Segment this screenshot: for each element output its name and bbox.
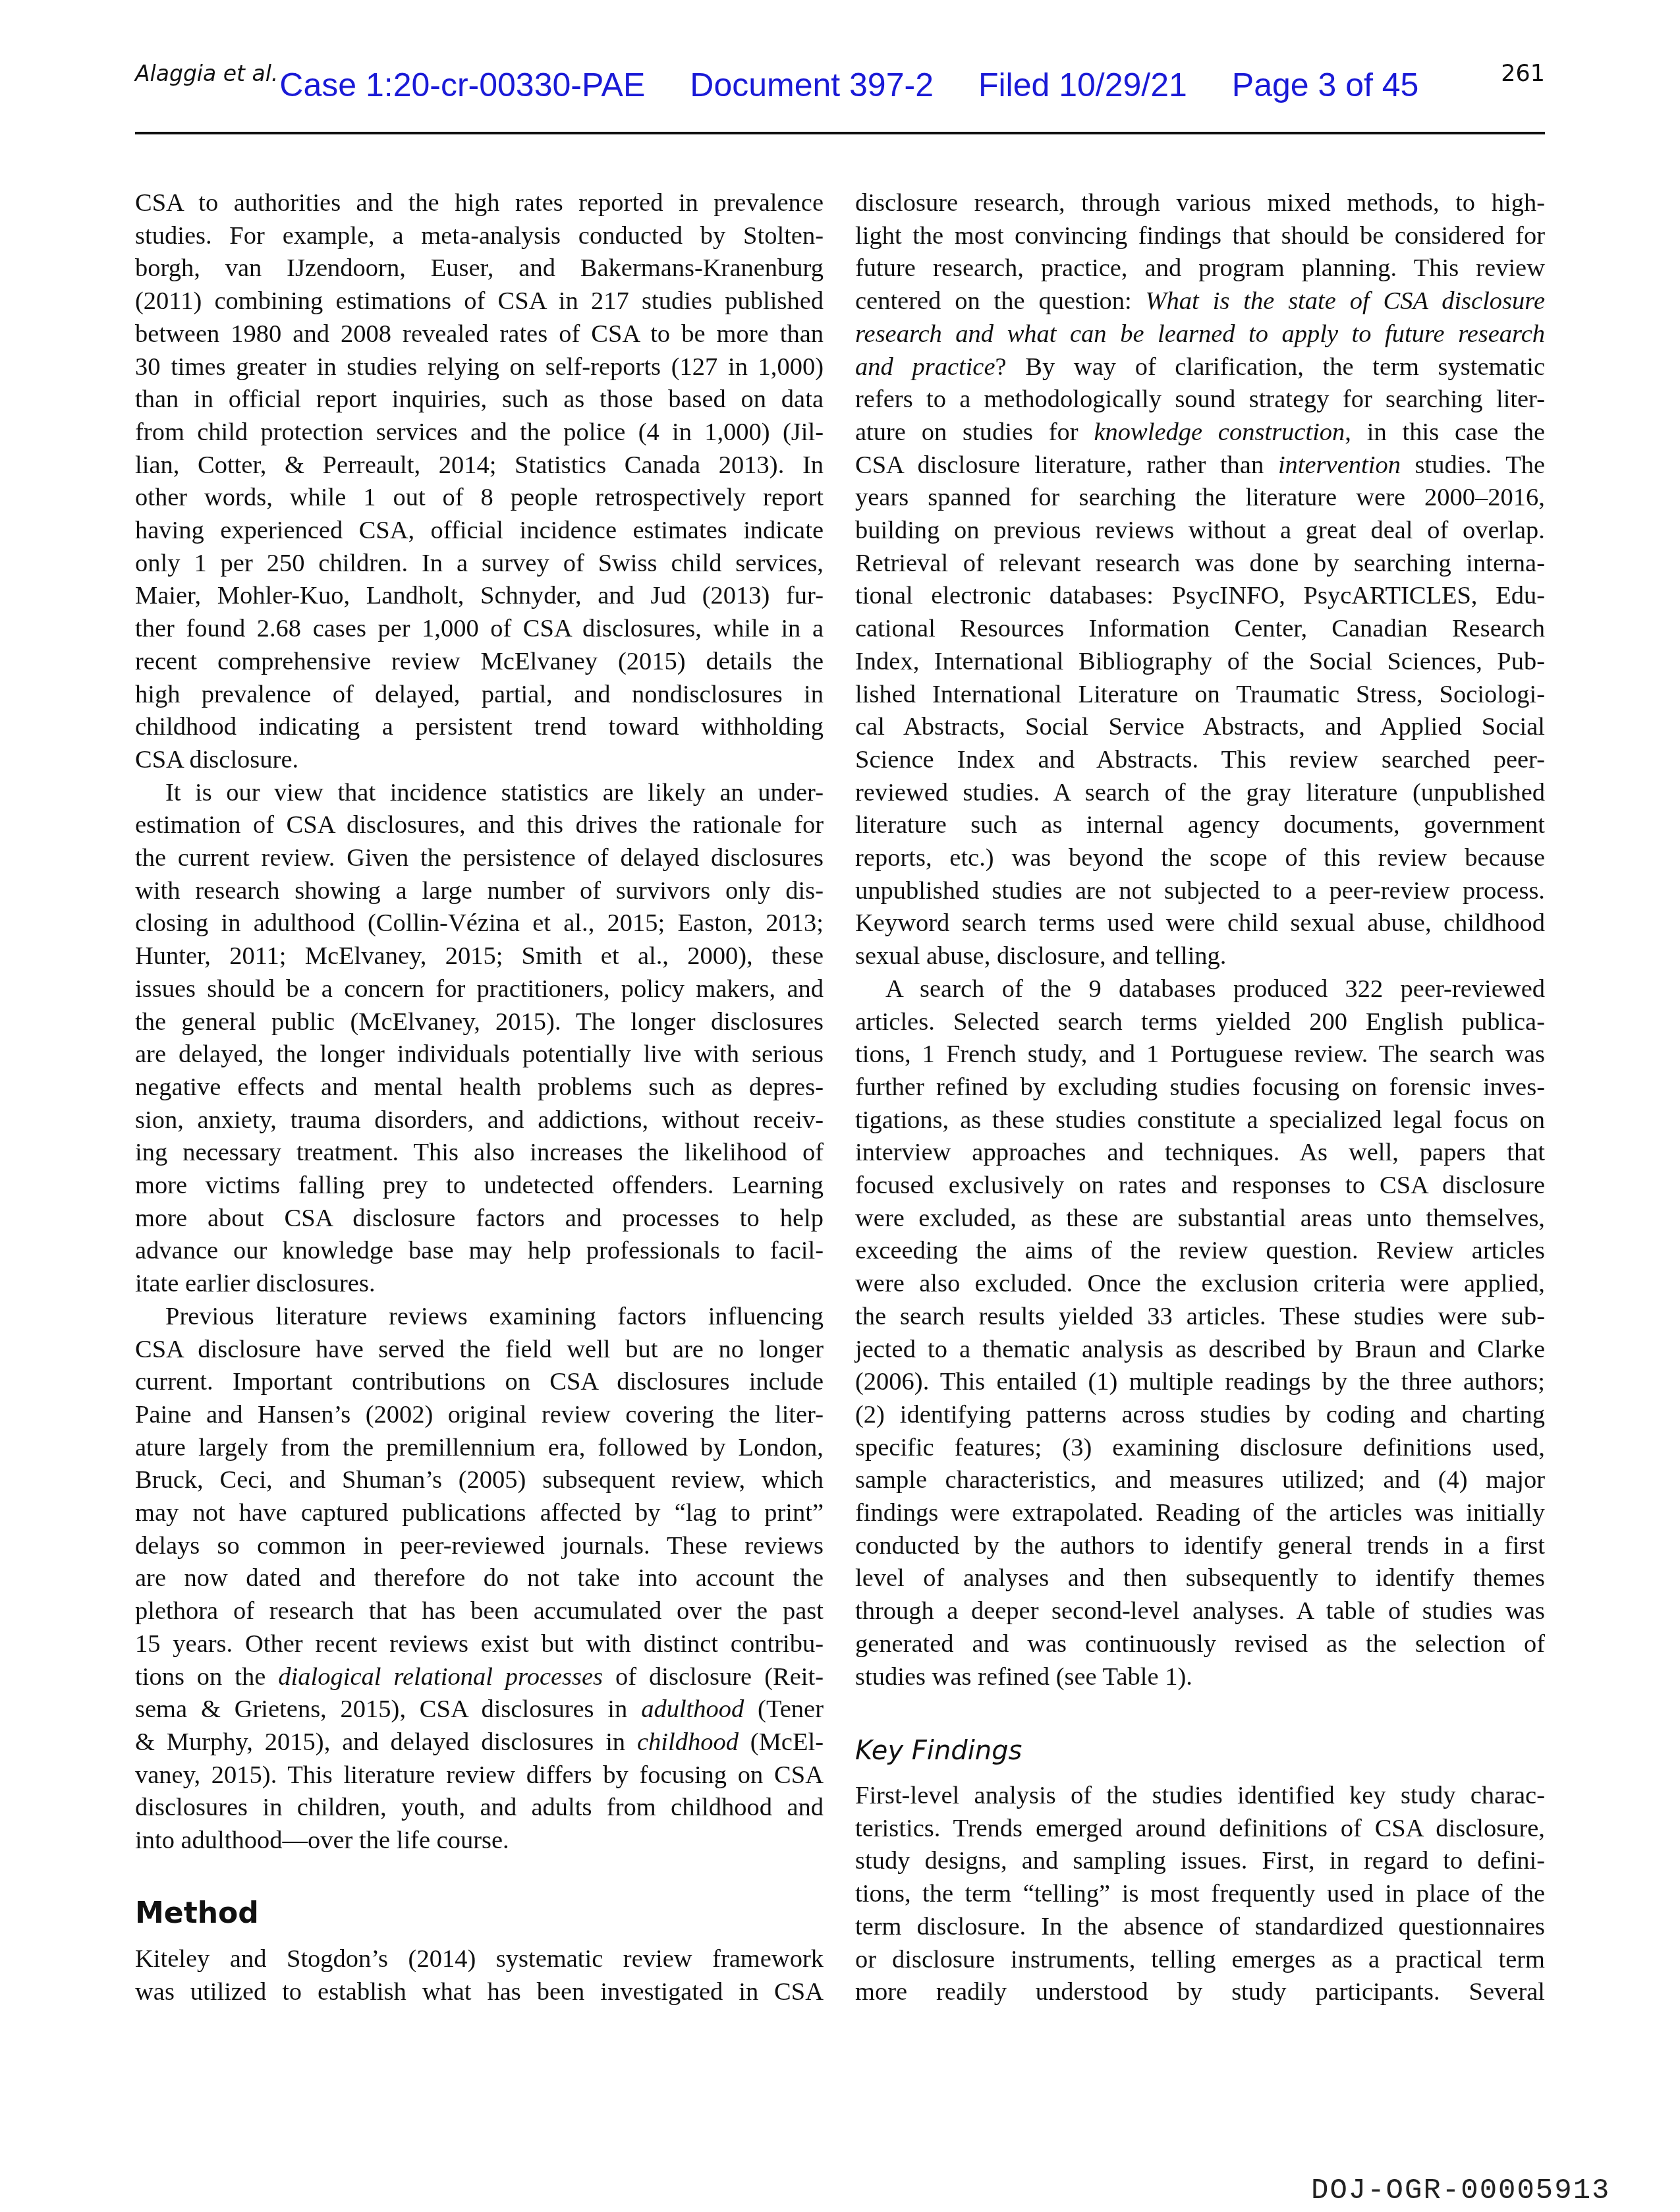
line-text: more readily understood by study partici… (855, 1978, 1545, 2006)
text-line: CSA disclosure literature, rather than i… (855, 449, 1545, 482)
line-text: 15 years. Other recent reviews exist but… (135, 1630, 824, 1658)
line-text: tions on the (135, 1663, 278, 1691)
line-text: were excluded, as these are substantial … (855, 1205, 1545, 1232)
line-text: jected to a thematic analysis as describ… (855, 1336, 1545, 1363)
text-line: Keyword search terms used were child sex… (855, 907, 1545, 940)
line-text: sion, anxiety, trauma disorders, and add… (135, 1106, 824, 1134)
text-line: tions on the dialogical relational proce… (135, 1660, 824, 1693)
line-text: tions, 1 French study, and 1 Portuguese … (855, 1040, 1545, 1068)
line-text: reviewed studies. A search of the gray l… (855, 779, 1545, 807)
text-line: ing necessary treatment. This also incre… (135, 1136, 824, 1169)
text-line: exceeding the aims of the review questio… (855, 1234, 1545, 1267)
text-line: Index, International Bibliography of the… (855, 645, 1545, 678)
line-text: issues should be a concern for practitio… (135, 975, 824, 1003)
text-line: future research, practice, and program p… (855, 252, 1545, 285)
italic-text: intervention (1278, 451, 1401, 479)
text-line: 15 years. Other recent reviews exist but… (135, 1628, 824, 1660)
text-line: light the most convincing findings that … (855, 219, 1545, 252)
line-text: current. Important contributions on CSA … (135, 1368, 824, 1396)
text-line: studies. For example, a meta-analysis co… (135, 219, 824, 252)
text-line: the current review. Given the persistenc… (135, 841, 824, 874)
text-line: were also excluded. Once the exclusion c… (855, 1267, 1545, 1300)
text-line: CSA disclosure have served the field wel… (135, 1333, 824, 1366)
line-text: (2006). This entailed (1) multiple readi… (855, 1368, 1545, 1396)
text-line: delays so common in peer-reviewed journa… (135, 1529, 824, 1562)
line-text: centered on the question: (855, 287, 1146, 315)
line-text: borgh, van IJzendoorn, Euser, and Bakerm… (135, 254, 824, 282)
text-line: are now dated and therefore do not take … (135, 1562, 824, 1595)
text-line: more about CSA disclosure factors and pr… (135, 1202, 824, 1235)
line-text: recent comprehensive review McElvaney (2… (135, 648, 824, 675)
text-line: A search of the 9 databases produced 322… (855, 973, 1545, 1006)
text-line: centered on the question: What is the st… (855, 285, 1545, 318)
line-text: (McEl- (739, 1728, 824, 1756)
running-header-page-number: 261 (1501, 61, 1545, 87)
text-line: borgh, van IJzendoorn, Euser, and Bakerm… (135, 252, 824, 285)
text-line: findings were extrapolated. Reading of t… (855, 1496, 1545, 1529)
text-line: unpublished studies are not subjected to… (855, 874, 1545, 907)
line-text: tions, the term “telling” is most freque… (855, 1880, 1545, 1908)
text-line: sema & Grietens, 2015), CSA disclosures … (135, 1693, 824, 1726)
text-line: ature largely from the premillennium era… (135, 1431, 824, 1464)
line-text: from child protection services and the p… (135, 418, 824, 446)
text-line: tions, the term “telling” is most freque… (855, 1877, 1545, 1910)
line-text: with research showing a large number of … (135, 877, 824, 905)
text-line: through a deeper second-level analyses. … (855, 1595, 1545, 1628)
line-text: Bruck, Ceci, and Shuman’s (2005) subsequ… (135, 1466, 824, 1494)
line-text: Hunter, 2011; McElvaney, 2015; Smith et … (135, 942, 824, 970)
line-text: CSA disclosure literature, rather than (855, 451, 1278, 479)
text-line: focused exclusively on rates and respons… (855, 1169, 1545, 1202)
line-text: CSA disclosure have served the field wel… (135, 1336, 824, 1363)
text-line: Previous literature reviews examining fa… (135, 1300, 824, 1333)
text-line: cal Abstracts, Social Service Abstracts,… (855, 710, 1545, 743)
text-line: Bruck, Ceci, and Shuman’s (2005) subsequ… (135, 1463, 824, 1496)
text-line: teristics. Trends emerged around definit… (855, 1812, 1545, 1845)
line-text: It is our view that incidence statistics… (165, 779, 824, 807)
line-text: articles. Selected search terms yielded … (855, 1008, 1545, 1036)
line-text: findings were extrapolated. Reading of t… (855, 1499, 1545, 1527)
line-text: of disclosure (Reit- (603, 1663, 824, 1691)
text-line: Paine and Hansen’s (2002) original revie… (135, 1398, 824, 1431)
text-line: It is our view that incidence statistics… (135, 776, 824, 809)
text-line: (2011) combining estimations of CSA in 2… (135, 285, 824, 318)
text-line: tions, 1 French study, and 1 Portuguese … (855, 1038, 1545, 1071)
text-line: 30 times greater in studies relying on s… (135, 351, 824, 383)
text-line: advance our knowledge base may help prof… (135, 1234, 824, 1267)
text-line: are delayed, the longer individuals pote… (135, 1038, 824, 1071)
text-line: (2) identifying patterns across studies … (855, 1398, 1545, 1431)
line-text: term disclosure. In the absence of stand… (855, 1913, 1545, 1941)
line-text: advance our knowledge base may help prof… (135, 1237, 824, 1264)
text-line: between 1980 and 2008 revealed rates of … (135, 318, 824, 351)
text-line: building on previous reviews without a g… (855, 514, 1545, 547)
italic-text: research and what can be learned to appl… (855, 320, 1545, 348)
line-text: years spanned for searching the literatu… (855, 484, 1545, 511)
text-line: plethora of research that has been accum… (135, 1595, 824, 1628)
line-text: Retrieval of relevant research was done … (855, 550, 1545, 577)
text-line: childhood indicating a persistent trend … (135, 710, 824, 743)
text-line: negative effects and mental health probl… (135, 1071, 824, 1104)
line-text: & Murphy, 2015), and delayed disclosures… (135, 1728, 637, 1756)
text-line: studies was refined (see Table 1). (855, 1660, 1545, 1693)
line-text: A search of the 9 databases produced 322… (885, 975, 1545, 1003)
text-line: further refined by excluding studies foc… (855, 1071, 1545, 1104)
line-text: sema & Grietens, 2015), CSA disclosures … (135, 1695, 641, 1723)
line-text: having experienced CSA, official inciden… (135, 517, 824, 544)
text-line: articles. Selected search terms yielded … (855, 1006, 1545, 1038)
line-text: are delayed, the longer individuals pote… (135, 1040, 824, 1068)
text-line: sexual abuse, disclosure, and telling. (855, 940, 1545, 973)
text-line: specific features; (3) examining disclos… (855, 1431, 1545, 1464)
line-text: ature on studies for (855, 418, 1094, 446)
text-line: disclosure research, through various mix… (855, 186, 1545, 219)
line-text: tigations, as these studies constitute a… (855, 1106, 1545, 1134)
line-text: Paine and Hansen’s (2002) original revie… (135, 1401, 824, 1429)
line-text: disclosure research, through various mix… (855, 189, 1545, 217)
text-line: study designs, and sampling issues. Firs… (855, 1844, 1545, 1877)
line-text: or disclosure instruments, telling emerg… (855, 1946, 1545, 1973)
text-line: more readily understood by study partici… (855, 1975, 1545, 2008)
text-line: jected to a thematic analysis as describ… (855, 1333, 1545, 1366)
line-text: were also excluded. Once the exclusion c… (855, 1270, 1545, 1297)
line-text: ? By way of clarification, the term syst… (995, 353, 1545, 381)
text-line: vaney, 2015). This literature review dif… (135, 1759, 824, 1792)
line-text: cal Abstracts, Social Service Abstracts,… (855, 713, 1545, 741)
text-line: sample characteristics, and measures uti… (855, 1463, 1545, 1496)
line-text: between 1980 and 2008 revealed rates of … (135, 320, 824, 348)
text-line: conducted by the authors to identify gen… (855, 1529, 1545, 1562)
text-line: tional electronic databases: PsycINFO, P… (855, 579, 1545, 612)
text-line: literature such as internal agency docum… (855, 808, 1545, 841)
line-text: , in this case the (1345, 418, 1545, 446)
line-text: interview approaches and techniques. As … (855, 1139, 1545, 1166)
text-line: CSA to authorities and the high rates re… (135, 186, 824, 219)
line-text: than in official report inquiries, such … (135, 385, 824, 413)
text-line: disclosures in children, youth, and adul… (135, 1791, 824, 1824)
text-line: Science Index and Abstracts. This review… (855, 743, 1545, 776)
text-line: term disclosure. In the absence of stand… (855, 1910, 1545, 1943)
text-line: with research showing a large number of … (135, 874, 824, 907)
line-text: studies. The (1401, 451, 1545, 479)
line-text: only 1 per 250 children. In a survey of … (135, 550, 824, 577)
text-line: into adulthood—over the life course. (135, 1824, 824, 1857)
text-line: estimation of CSA disclosures, and this … (135, 808, 824, 841)
line-text: CSA to authorities and the high rates re… (135, 189, 824, 217)
line-text: teristics. Trends emerged around definit… (855, 1815, 1545, 1842)
line-text: reports, etc.) was beyond the scope of t… (855, 844, 1545, 872)
line-text: refers to a methodologically sound strat… (855, 385, 1545, 413)
line-text: more about CSA disclosure factors and pr… (135, 1205, 824, 1232)
line-text: studies was refined (see Table 1). (855, 1663, 1192, 1691)
italic-text: What is the state of CSA disclosure (1146, 287, 1545, 315)
line-text: building on previous reviews without a g… (855, 517, 1545, 544)
text-line: was utilized to establish what has been … (135, 1975, 824, 2008)
line-text: generated and was continuously revised a… (855, 1630, 1545, 1658)
text-line: cational Resources Information Center, C… (855, 612, 1545, 645)
text-line: ther found 2.68 cases per 1,000 of CSA d… (135, 612, 824, 645)
text-line: generated and was continuously revised a… (855, 1628, 1545, 1660)
text-line: closing in adulthood (Collin-Vézina et a… (135, 907, 824, 940)
line-text: Index, International Bibliography of the… (855, 648, 1545, 675)
text-line: tigations, as these studies constitute a… (855, 1104, 1545, 1137)
line-text: sample characteristics, and measures uti… (855, 1466, 1545, 1494)
line-text: ing necessary treatment. This also incre… (135, 1139, 824, 1166)
line-text: cational Resources Information Center, C… (855, 615, 1545, 642)
line-text: was utilized to establish what has been … (135, 1978, 824, 2006)
running-header-author: Alaggia et al. (135, 61, 278, 86)
text-line: the search results yielded 33 articles. … (855, 1300, 1545, 1333)
line-text: ther found 2.68 cases per 1,000 of CSA d… (135, 615, 824, 642)
line-text: future research, practice, and program p… (855, 254, 1545, 282)
running-header: Alaggia et al. 261 (135, 61, 1545, 100)
italic-text: knowledge construction (1094, 418, 1345, 446)
line-text: (2) identifying patterns across studies … (855, 1401, 1545, 1429)
line-text: estimation of CSA disclosures, and this … (135, 811, 824, 839)
text-line: than in official report inquiries, such … (135, 383, 824, 416)
line-text: vaney, 2015). This literature review dif… (135, 1761, 824, 1789)
text-line: the general public (McElvaney, 2015). Th… (135, 1006, 824, 1038)
text-line: research and what can be learned to appl… (855, 318, 1545, 351)
line-text: the current review. Given the persistenc… (135, 844, 824, 872)
line-text: through a deeper second-level analyses. … (855, 1597, 1545, 1625)
line-text: CSA disclosure. (135, 746, 298, 774)
text-line: interview approaches and techniques. As … (855, 1136, 1545, 1169)
bates-number: DOJ-OGR-00005913 (1311, 2174, 1610, 2207)
line-text: itate earlier disclosures. (135, 1270, 376, 1297)
line-text: First-level analysis of the studies iden… (855, 1782, 1545, 1809)
text-line: high prevalence of delayed, partial, and… (135, 678, 824, 711)
line-text: Science Index and Abstracts. This review… (855, 746, 1545, 774)
text-line: and practice? By way of clarification, t… (855, 351, 1545, 383)
text-line: current. Important contributions on CSA … (135, 1365, 824, 1398)
line-text: closing in adulthood (Collin-Vézina et a… (135, 909, 824, 937)
line-text: plethora of research that has been accum… (135, 1597, 824, 1625)
line-text: literature such as internal agency docum… (855, 811, 1545, 839)
text-line: years spanned for searching the literatu… (855, 481, 1545, 514)
text-line: level of analyses and then subsequently … (855, 1562, 1545, 1595)
line-text: high prevalence of delayed, partial, and… (135, 681, 824, 708)
text-line: or disclosure instruments, telling emerg… (855, 1943, 1545, 1976)
line-text: exceeding the aims of the review questio… (855, 1237, 1545, 1264)
line-text: 30 times greater in studies relying on s… (135, 353, 824, 381)
line-text: tional electronic databases: PsycINFO, P… (855, 582, 1545, 610)
line-text: Keyword search terms used were child sex… (855, 909, 1545, 937)
text-line: & Murphy, 2015), and delayed disclosures… (135, 1726, 824, 1759)
text-line: from child protection services and the p… (135, 416, 824, 449)
line-text: further refined by excluding studies foc… (855, 1073, 1545, 1101)
line-text: delays so common in peer-reviewed journa… (135, 1532, 824, 1560)
line-text: specific features; (3) examining disclos… (855, 1434, 1545, 1461)
line-text: negative effects and mental health probl… (135, 1073, 824, 1101)
text-line: more victims falling prey to undetected … (135, 1169, 824, 1202)
line-text: disclosures in children, youth, and adul… (135, 1794, 824, 1821)
text-line: refers to a methodologically sound strat… (855, 383, 1545, 416)
text-line: lished International Literature on Traum… (855, 678, 1545, 711)
text-line: having experienced CSA, official inciden… (135, 514, 824, 547)
text-line: were excluded, as these are substantial … (855, 1202, 1545, 1235)
line-text: lished International Literature on Traum… (855, 681, 1545, 708)
text-line: recent comprehensive review McElvaney (2… (135, 645, 824, 678)
line-text: sexual abuse, disclosure, and telling. (855, 942, 1226, 970)
line-text: ature largely from the premillennium era… (135, 1434, 824, 1461)
section-heading-method: Method (135, 1896, 259, 1930)
italic-text: and practice (855, 353, 995, 381)
text-line: itate earlier disclosures. (135, 1267, 824, 1300)
text-line: sion, anxiety, trauma disorders, and add… (135, 1104, 824, 1137)
text-line: Maier, Mohler-Kuo, Landholt, Schnyder, a… (135, 579, 824, 612)
line-text: studies. For example, a meta-analysis co… (135, 222, 824, 250)
text-line: First-level analysis of the studies iden… (855, 1779, 1545, 1812)
line-text: other words, while 1 out of 8 people ret… (135, 484, 824, 511)
italic-text: adulthood (641, 1695, 744, 1723)
line-text: level of analyses and then subsequently … (855, 1564, 1545, 1592)
line-text: study designs, and sampling issues. Firs… (855, 1847, 1545, 1875)
text-line: reviewed studies. A search of the gray l… (855, 776, 1545, 809)
line-text: the general public (McElvaney, 2015). Th… (135, 1008, 824, 1036)
line-text: Kiteley and Stogdon’s (2014) systematic … (135, 1945, 824, 1973)
text-line: ature on studies for knowledge construct… (855, 416, 1545, 449)
line-text: Maier, Mohler-Kuo, Landholt, Schnyder, a… (135, 582, 824, 610)
text-line: only 1 per 250 children. In a survey of … (135, 547, 824, 580)
line-text: childhood indicating a persistent trend … (135, 713, 824, 741)
line-text: (Tener (744, 1695, 824, 1723)
header-rule (135, 132, 1545, 134)
text-line: Hunter, 2011; McElvaney, 2015; Smith et … (135, 940, 824, 973)
line-text: conducted by the authors to identify gen… (855, 1532, 1545, 1560)
text-line: other words, while 1 out of 8 people ret… (135, 481, 824, 514)
text-line: reports, etc.) was beyond the scope of t… (855, 841, 1545, 874)
line-text: lian, Cotter, & Perreault, 2014; Statist… (135, 451, 824, 479)
line-text: into adulthood—over the life course. (135, 1827, 509, 1854)
section-heading-key-findings: Key Findings (855, 1736, 1022, 1766)
line-text: unpublished studies are not subjected to… (855, 877, 1545, 905)
line-text: focused exclusively on rates and respons… (855, 1172, 1545, 1199)
text-line: Retrieval of relevant research was done … (855, 547, 1545, 580)
text-line: CSA disclosure. (135, 743, 824, 776)
text-line: may not have captured publications affec… (135, 1496, 824, 1529)
line-text: (2011) combining estimations of CSA in 2… (135, 287, 824, 315)
italic-text: childhood (637, 1728, 739, 1756)
line-text: light the most convincing findings that … (855, 222, 1545, 250)
text-line: (2006). This entailed (1) multiple readi… (855, 1365, 1545, 1398)
line-text: more victims falling prey to undetected … (135, 1172, 824, 1199)
line-text: Previous literature reviews examining fa… (165, 1303, 824, 1330)
text-line: Kiteley and Stogdon’s (2014) systematic … (135, 1943, 824, 1975)
text-line: lian, Cotter, & Perreault, 2014; Statist… (135, 449, 824, 482)
text-line: issues should be a concern for practitio… (135, 973, 824, 1006)
line-text: are now dated and therefore do not take … (135, 1564, 824, 1592)
line-text: the search results yielded 33 articles. … (855, 1303, 1545, 1330)
italic-text: dialogical relational processes (278, 1663, 603, 1691)
line-text: may not have captured publications affec… (135, 1499, 824, 1527)
